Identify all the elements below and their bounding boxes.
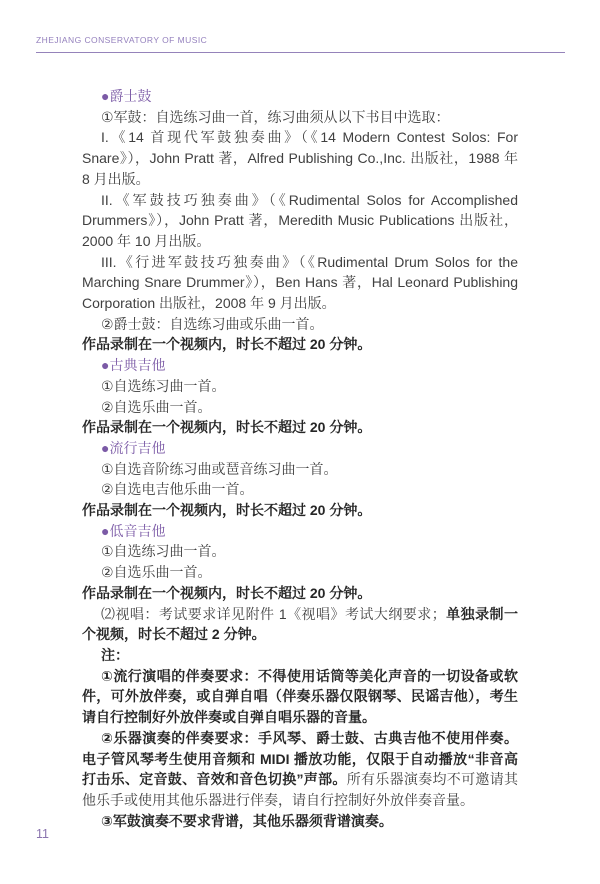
item-jazz-drum: ②爵士鼓：自选练习曲或乐曲一首。 [82, 314, 518, 335]
section-heading-pop-guitar: ●流行吉他 [82, 438, 518, 459]
book-item-2: II.《军鼓技巧独奏曲》（《Rudimental Solos for Accom… [82, 190, 518, 252]
text-run: ①自选练习曲一首。 [101, 543, 226, 559]
text-run: ①军鼓：自选练习曲一首，练习曲须从以下书目中选取： [101, 109, 450, 125]
page-header-title: ZHEJIANG CONSERVATORY OF MUSIC [36, 35, 207, 45]
document-page: ZHEJIANG CONSERVATORY OF MUSIC ●爵士鼓①军鼓：自… [0, 0, 600, 884]
text-run: ②爵士鼓：自选练习曲或乐曲一首。 [101, 316, 324, 332]
text-run: ①自选音阶练习曲或琶音练习曲一首。 [101, 461, 338, 477]
text-run: 作品录制在一个视频内，时长不超过 20 分钟。 [82, 419, 371, 435]
text-run: ⑵视唱：考试要求详见附件 1《视唱》考试大纲要求； [101, 606, 446, 622]
text-run: III.《行进军鼓技巧独奏曲》（《Rudimental Drum Solos f… [82, 254, 518, 311]
text-run: 作品录制在一个视频内，时长不超过 20 分钟。 [82, 585, 371, 601]
recording-requirement-bass-guitar: 作品录制在一个视频内，时长不超过 20 分钟。 [82, 583, 518, 604]
section-heading-label: 低音吉他 [109, 523, 165, 539]
section-heading-label: 流行吉他 [109, 440, 165, 456]
header-rule [36, 52, 565, 53]
text-run: ①流行演唱的伴奏要求：不得使用话筒等美化声音的一切设备或软件，可外放伴奏，或自弹… [82, 668, 518, 725]
document-body: ●爵士鼓①军鼓：自选练习曲一首，练习曲须从以下书目中选取：I.《14 首现代军鼓… [82, 86, 518, 831]
text-run: II.《军鼓技巧独奏曲》（《Rudimental Solos for Accom… [82, 192, 518, 249]
section-heading-bass-guitar: ●低音吉他 [82, 521, 518, 542]
text-run: I.《14 首现代军鼓独奏曲》（《14 Modern Contest Solos… [82, 129, 518, 186]
note-2: ②乐器演奏的伴奏要求：手风琴、爵士鼓、古典吉他不使用伴奏。电子管风琴考生使用音频… [82, 728, 518, 811]
text-run: 注： [101, 647, 129, 663]
item-snare-drum: ①军鼓：自选练习曲一首，练习曲须从以下书目中选取： [82, 107, 518, 128]
section-heading-classical-guitar: ●古典吉他 [82, 355, 518, 376]
section-heading-label: 爵士鼓 [109, 88, 151, 104]
text-run: ②自选乐曲一首。 [101, 564, 212, 580]
item-classical-guitar-2: ②自选乐曲一首。 [82, 397, 518, 418]
text-run: ③军鼓演奏不要求背谱，其他乐器须背谱演奏。 [101, 813, 393, 829]
item-bass-guitar-2: ②自选乐曲一首。 [82, 562, 518, 583]
item-bass-guitar-1: ①自选练习曲一首。 [82, 541, 518, 562]
notes-label: 注： [82, 645, 518, 666]
note-1: ①流行演唱的伴奏要求：不得使用话筒等美化声音的一切设备或软件，可外放伴奏，或自弹… [82, 666, 518, 728]
text-run: 作品录制在一个视频内，时长不超过 20 分钟。 [82, 502, 371, 518]
recording-requirement-pop-guitar: 作品录制在一个视频内，时长不超过 20 分钟。 [82, 500, 518, 521]
section-heading-label: 古典吉他 [109, 357, 165, 373]
text-run: ②自选乐曲一首。 [101, 399, 212, 415]
book-item-3: III.《行进军鼓技巧独奏曲》（《Rudimental Drum Solos f… [82, 252, 518, 314]
item-pop-guitar-2: ②自选电吉他乐曲一首。 [82, 479, 518, 500]
text-run: ①自选练习曲一首。 [101, 378, 226, 394]
item-classical-guitar-1: ①自选练习曲一首。 [82, 376, 518, 397]
recording-requirement-classical-guitar: 作品录制在一个视频内，时长不超过 20 分钟。 [82, 417, 518, 438]
item-pop-guitar-1: ①自选音阶练习曲或琶音练习曲一首。 [82, 459, 518, 480]
note-3: ③军鼓演奏不要求背谱，其他乐器须背谱演奏。 [82, 811, 518, 832]
text-run: ②自选电吉他乐曲一首。 [101, 481, 254, 497]
book-item-1: I.《14 首现代军鼓独奏曲》（《14 Modern Contest Solos… [82, 127, 518, 189]
section-heading-jazz-drums: ●爵士鼓 [82, 86, 518, 107]
item-sight-singing: ⑵视唱：考试要求详见附件 1《视唱》考试大纲要求；单独录制一个视频，时长不超过 … [82, 604, 518, 645]
recording-requirement-jazz-drums: 作品录制在一个视频内，时长不超过 20 分钟。 [82, 334, 518, 355]
text-run: 作品录制在一个视频内，时长不超过 20 分钟。 [82, 336, 371, 352]
page-number: 11 [36, 827, 49, 841]
